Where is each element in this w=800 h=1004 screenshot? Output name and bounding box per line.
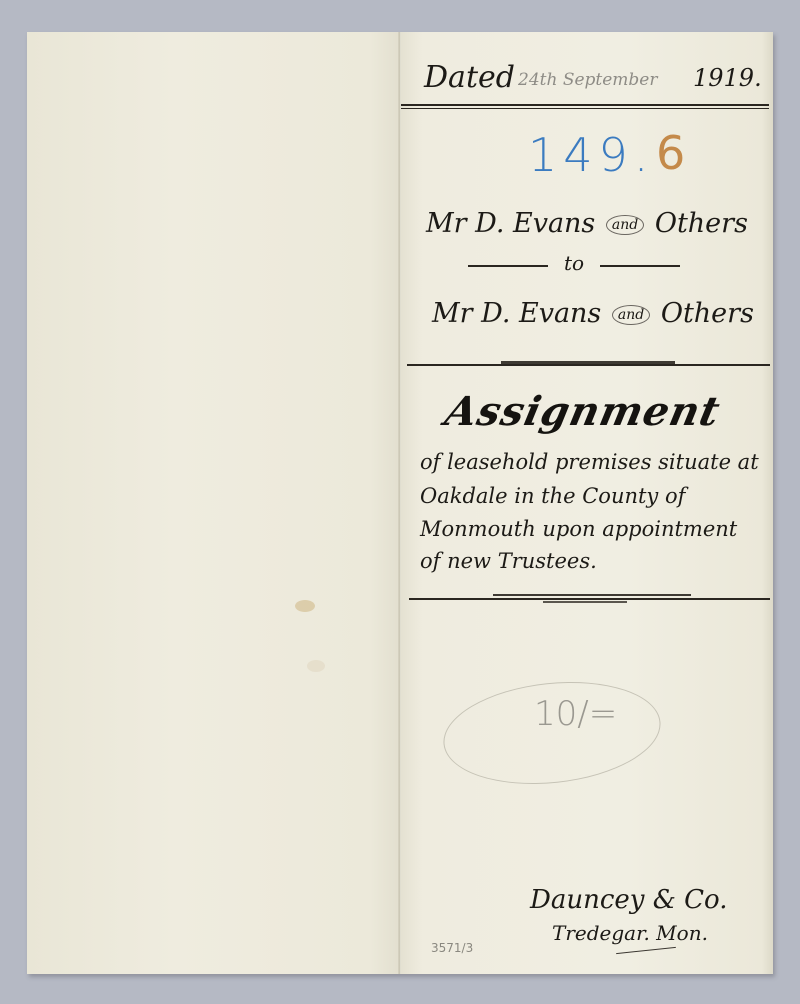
description-line: Monmouth upon appointment [420,517,737,541]
connector-dash [600,265,680,267]
header-rule [401,104,769,106]
description-divider-accent [493,594,691,596]
dated-label: Dated [424,60,515,95]
and-oval: and [606,215,644,235]
dated-year: 1919. [693,64,762,92]
party-to-name: Mr D. Evans [432,298,601,329]
document-title: Assignment [441,388,725,435]
connector-to: to [564,251,584,275]
catalog-number: 3571/3 [431,941,473,955]
dated-date: 24th September [518,70,658,90]
party-to: Mr D. Evans and Others [432,298,754,329]
connector-line: to [468,255,683,275]
party-to-others: Others [661,298,754,329]
solicitor-location: Tredegar. Mon. [552,921,708,945]
party-from-others: Others [655,208,748,239]
solicitor-name: Dauncey & Co. [530,885,728,915]
foxing-stain [307,660,325,672]
header-rule-thin [401,108,769,109]
back-panel [27,32,400,974]
title-divider-top [407,364,770,366]
fold-crease [398,32,401,974]
reference-number-orange: 6 [656,126,685,180]
foxing-stain [295,600,315,612]
description-line: of leasehold premises situate at [420,450,759,474]
and-oval: and [612,305,650,325]
description-divider [409,598,770,600]
description-line: Oakdale in the County of [420,484,685,508]
title-divider-top-accent [501,361,675,364]
party-from-name: Mr D. Evans [426,208,595,239]
description-line: of new Trustees. [420,549,597,573]
connector-dash [468,265,548,267]
party-from: Mr D. Evans and Others [426,208,748,239]
description-divider-accent-lower [543,601,627,603]
pencil-fee: 10/= [534,694,617,734]
reference-number-blue: 149. [528,128,654,182]
